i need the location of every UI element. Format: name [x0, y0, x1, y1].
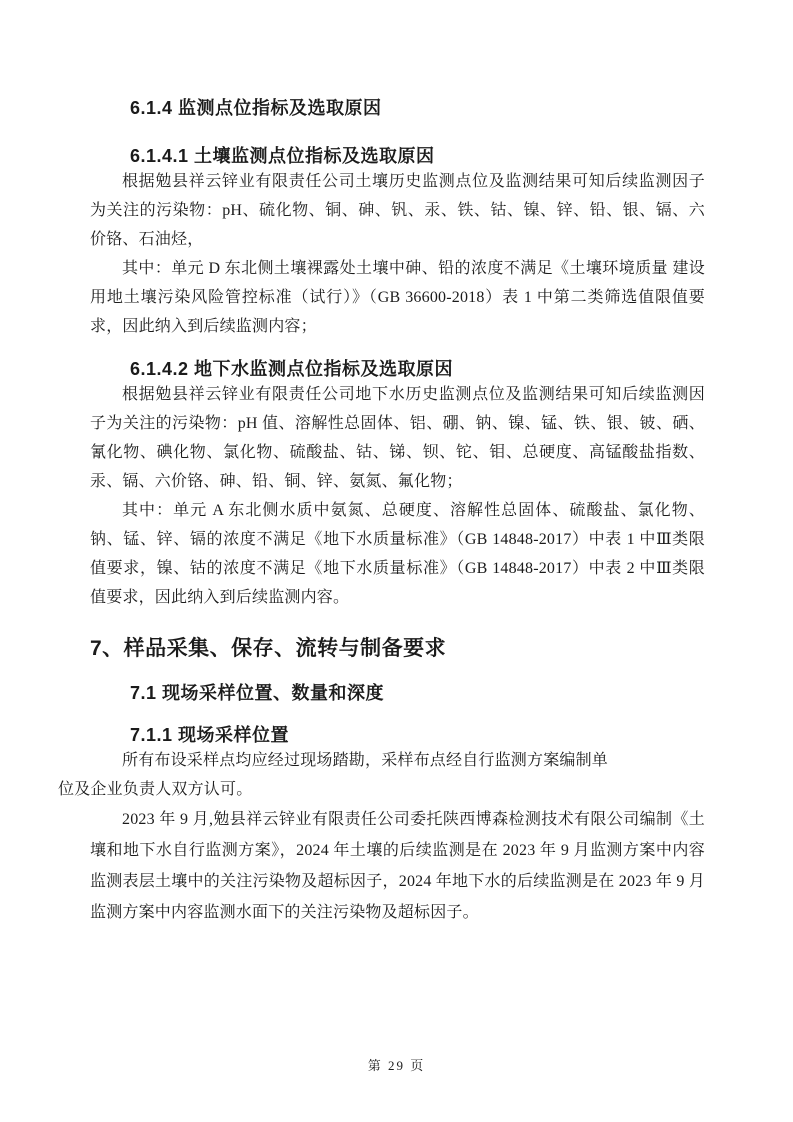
section-heading-7-1: 7.1 现场采样位置、数量和深度: [130, 682, 705, 704]
paragraph-sampling-line1: 所有布设采样点均应经过现场踏勘，采样布点经自行监测方案编制单: [122, 752, 608, 769]
section-heading-6-1-4-2: 6.1.4.2 地下水监测点位指标及选取原因: [130, 358, 705, 380]
paragraph-sampling-locations: 所有布设采样点均应经过现场踏勘，采样布点经自行监测方案编制单位及企业负责人双方认…: [90, 746, 705, 804]
section-heading-6-1-4-1: 6.1.4.1 土壤监测点位指标及选取原因: [130, 145, 705, 167]
paragraph-groundwater-monitoring-factors: 根据勉县祥云锌业有限责任公司地下水历史监测点位及监测结果可知后续监测因子为关注的…: [90, 380, 705, 496]
document-page: 6.1.4 监测点位指标及选取原因 6.1.4.1 土壤监测点位指标及选取原因 …: [0, 0, 793, 1122]
page-number: 第 29 页: [0, 1055, 793, 1074]
section-heading-6-1-4: 6.1.4 监测点位指标及选取原因: [130, 97, 705, 119]
chapter-heading-7: 7、样品采集、保存、流转与制备要求: [90, 635, 705, 663]
paragraph-soil-monitoring-factors: 根据勉县祥云锌业有限责任公司土壤历史监测点位及监测结果可知后续监测因子为关注的污…: [90, 167, 705, 254]
paragraph-soil-exceedance: 其中：单元 D 东北侧土壤裸露处土壤中砷、铅的浓度不满足《土壤环境质量 建设用地…: [90, 254, 705, 341]
paragraph-monitoring-plan: 2023 年 9 月,勉县祥云锌业有限责任公司委托陕西博森检测技术有限公司编制《…: [90, 804, 705, 928]
paragraph-sampling-line2: 位及企业负责人双方认可。: [58, 781, 252, 798]
paragraph-groundwater-exceedance: 其中：单元 A 东北侧水质中氨氮、总硬度、溶解性总固体、硫酸盐、氯化物、钠、锰、…: [90, 496, 705, 612]
section-heading-7-1-1: 7.1.1 现场采样位置: [130, 724, 705, 746]
